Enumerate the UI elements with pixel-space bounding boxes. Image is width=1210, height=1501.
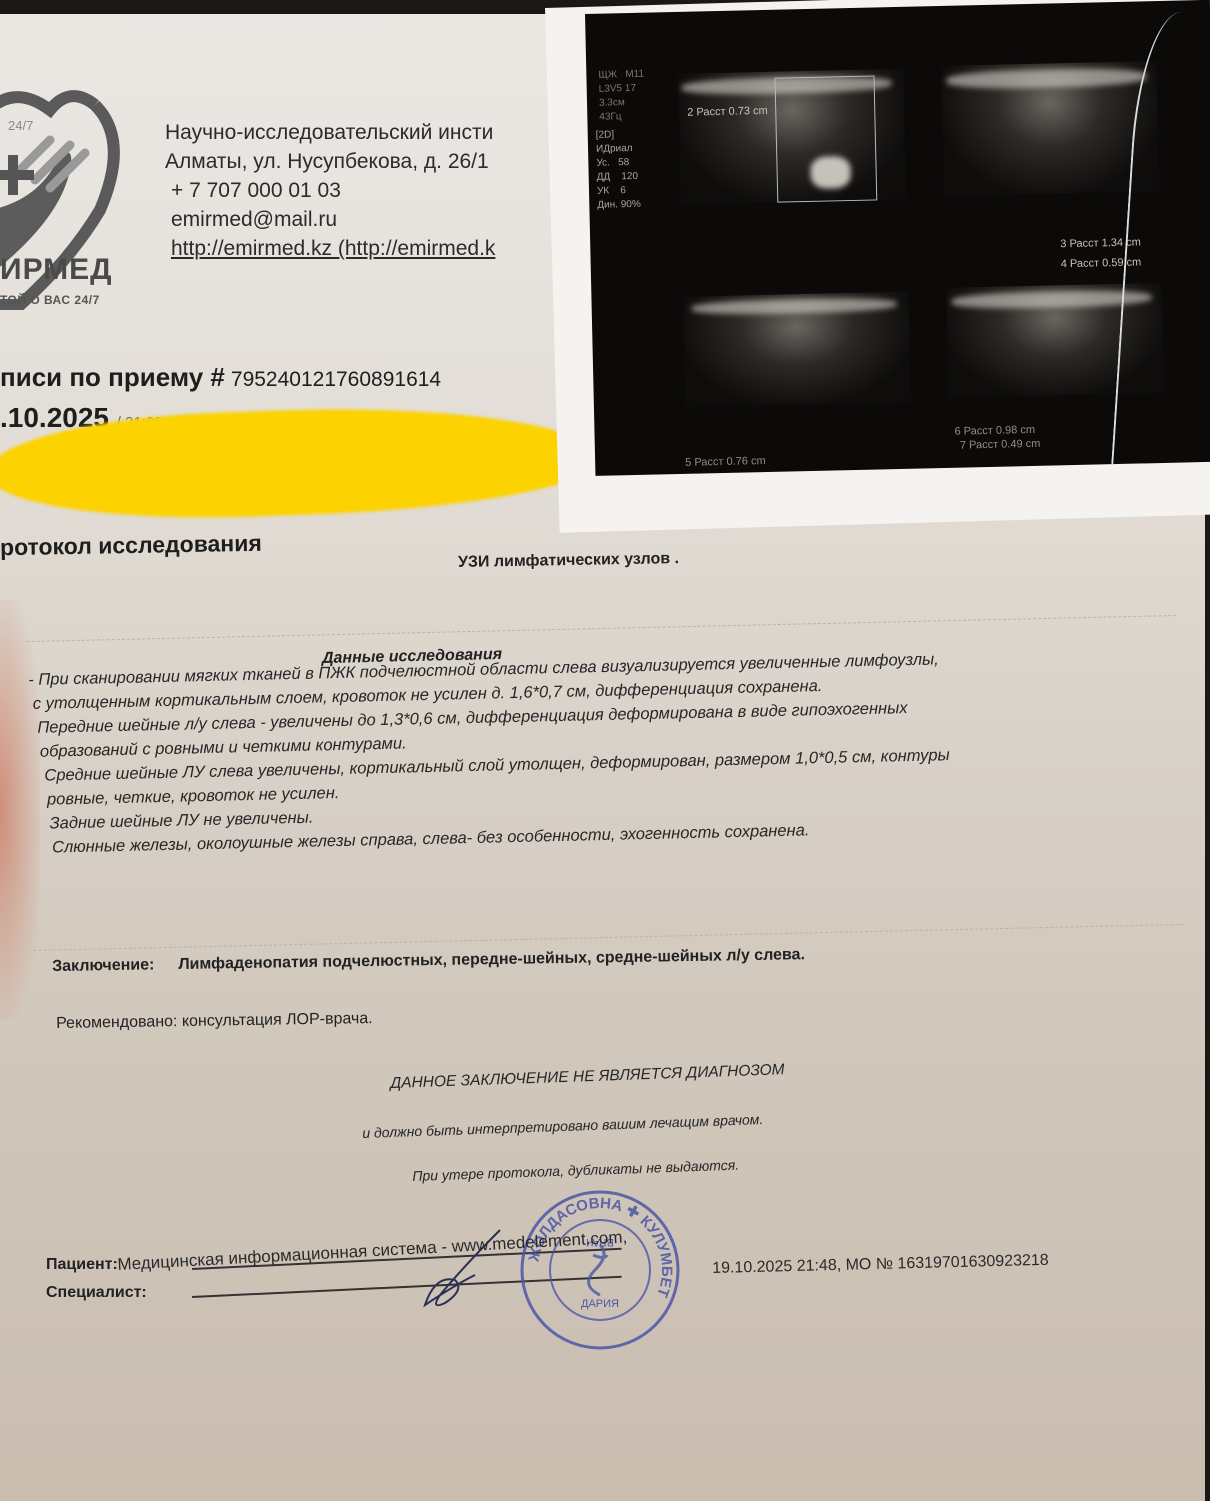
- us-measurement: 2 Расст 0.73 cm: [687, 105, 768, 119]
- ultrasound-image: ЩЖ М11 L3V5 17 3.3см 43Гц [2D] ИДриал Ус…: [585, 0, 1210, 476]
- conclusion-label: Заключение:: [52, 956, 155, 975]
- appointment-number: 795240121760891614: [231, 368, 441, 391]
- us-doppler-box: [774, 75, 877, 202]
- us-params: [2D] ИДриал Ус. 58 ДД 120 УК 6 Дин. 90%: [596, 128, 641, 213]
- clinic-website-link[interactable]: http://emirmed.kz (http://emirmed.k: [165, 234, 545, 263]
- logo-name: ИРМЕД: [0, 253, 113, 287]
- appointment-number-row: писи по приему #795240121760891614: [0, 362, 441, 393]
- findings-text: - При сканировании мягких тканей в ПЖК п…: [28, 642, 1192, 860]
- us-params-top: ЩЖ М11 L3V5 17 3.3см 43Гц: [598, 68, 645, 125]
- svg-text:24/7: 24/7: [8, 118, 33, 133]
- us-measurement: 6 Расст 0.98 cm: [954, 424, 1035, 438]
- clinic-email[interactable]: emirmed@mail.ru: [165, 205, 545, 234]
- us-measurement: 7 Расст 0.49 cm: [960, 438, 1041, 452]
- protocol-subject: УЗИ лимфатических узлов .: [458, 550, 679, 572]
- clinic-logo: 24/7: [0, 60, 140, 330]
- protocol-title: ротокол исследования: [0, 530, 262, 562]
- specialist-label: Специалист:: [46, 1284, 147, 1302]
- clinic-header: Научно-исследовательский инсти Алматы, у…: [165, 118, 545, 263]
- clinic-name: Научно-исследовательский инсти: [165, 118, 545, 147]
- us-measurement: 5 Расст 0.76 cm: [685, 455, 766, 469]
- logo-tagline: ТОЙ О ВАС 24/7: [0, 293, 100, 307]
- appointment-label: писи по приему #: [0, 362, 225, 392]
- clinic-address: Алматы, ул. Нусупбекова, д. 26/1: [165, 147, 545, 176]
- svg-text:ДАРИЯ: ДАРИЯ: [581, 1298, 619, 1310]
- patient-label: Пациент:: [46, 1256, 118, 1274]
- doctor-stamp-icon: ЖОЛДАСОВНА ✚ КУЛУМБЕТ ВРАЧ ДАРИЯ: [515, 1185, 685, 1355]
- clinic-phone: + 7 707 000 01 03: [165, 176, 545, 205]
